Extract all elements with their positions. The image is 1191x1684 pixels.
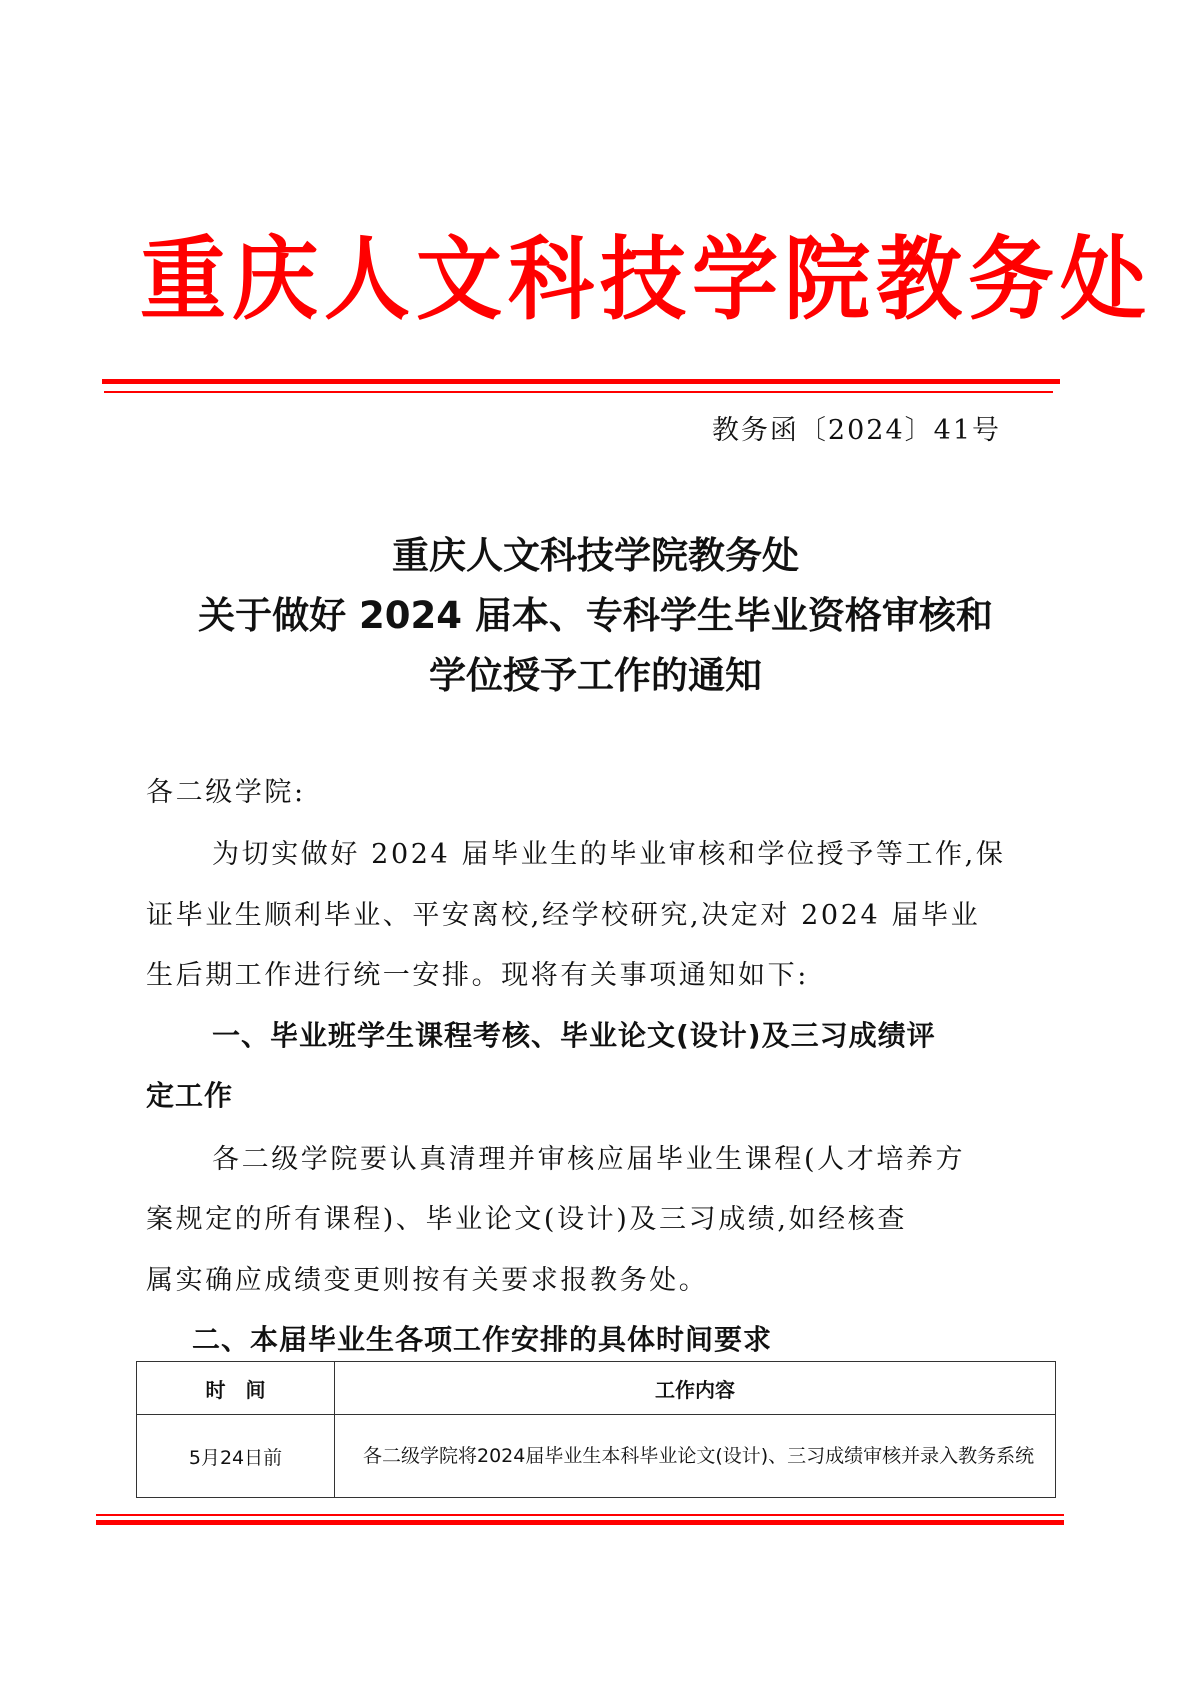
table-header-row: 时 间 工作内容	[137, 1362, 1056, 1415]
cell-content: 各二级学院将2024届毕业生本科毕业论文(设计)、三习成绩审核并录入教务系统	[335, 1415, 1056, 1498]
top-rule-thick	[102, 379, 1060, 384]
schedule-table: 时 间 工作内容 5月24日前 各二级学院将2024届毕业生本科毕业论文(设计)…	[136, 1361, 1056, 1498]
doc-title-line-1: 重庆人文科技学院教务处	[0, 525, 1191, 579]
intro-line-3: 生后期工作进行统一安排。现将有关事项通知如下:	[146, 953, 809, 992]
letterhead-title: 重庆人文科技学院教务处	[140, 222, 1060, 338]
table-row: 5月24日前 各二级学院将2024届毕业生本科毕业论文(设计)、三习成绩审核并录…	[137, 1415, 1056, 1498]
bottom-rule-thin	[96, 1514, 1064, 1516]
header-time: 时 间	[137, 1362, 335, 1415]
section1-para-line-3: 属实确应成绩变更则按有关要求报教务处。	[146, 1258, 708, 1297]
document-number: 教务函〔2024〕41号	[712, 408, 1001, 447]
doc-title-line-3: 学位授予工作的通知	[0, 645, 1191, 699]
doc-title-line-2: 关于做好 2024 届本、专科学生毕业资格审核和	[0, 585, 1191, 639]
bottom-rule-thick	[96, 1520, 1064, 1525]
header-content: 工作内容	[335, 1362, 1056, 1415]
cell-time: 5月24日前	[137, 1415, 335, 1498]
salutation: 各二级学院:	[146, 770, 306, 809]
section2-heading: 二、本届毕业生各项工作安排的具体时间要求	[192, 1318, 772, 1358]
top-rule-thin	[104, 391, 1053, 393]
intro-line-2: 证毕业生顺利毕业、平安离校,经学校研究,决定对 2024 届毕业	[146, 893, 980, 932]
section1-para-line-1: 各二级学院要认真清理并审核应届毕业生课程(人才培养方	[212, 1137, 965, 1176]
intro-line-1: 为切实做好 2024 届毕业生的毕业审核和学位授予等工作,保	[212, 832, 1005, 871]
section1-heading-line-2: 定工作	[146, 1074, 233, 1114]
section1-heading-line-1: 一、毕业班学生课程考核、毕业论文(设计)及三习成绩评	[212, 1014, 936, 1054]
section1-para-line-2: 案规定的所有课程)、毕业论文(设计)及三习成绩,如经核查	[146, 1197, 907, 1236]
